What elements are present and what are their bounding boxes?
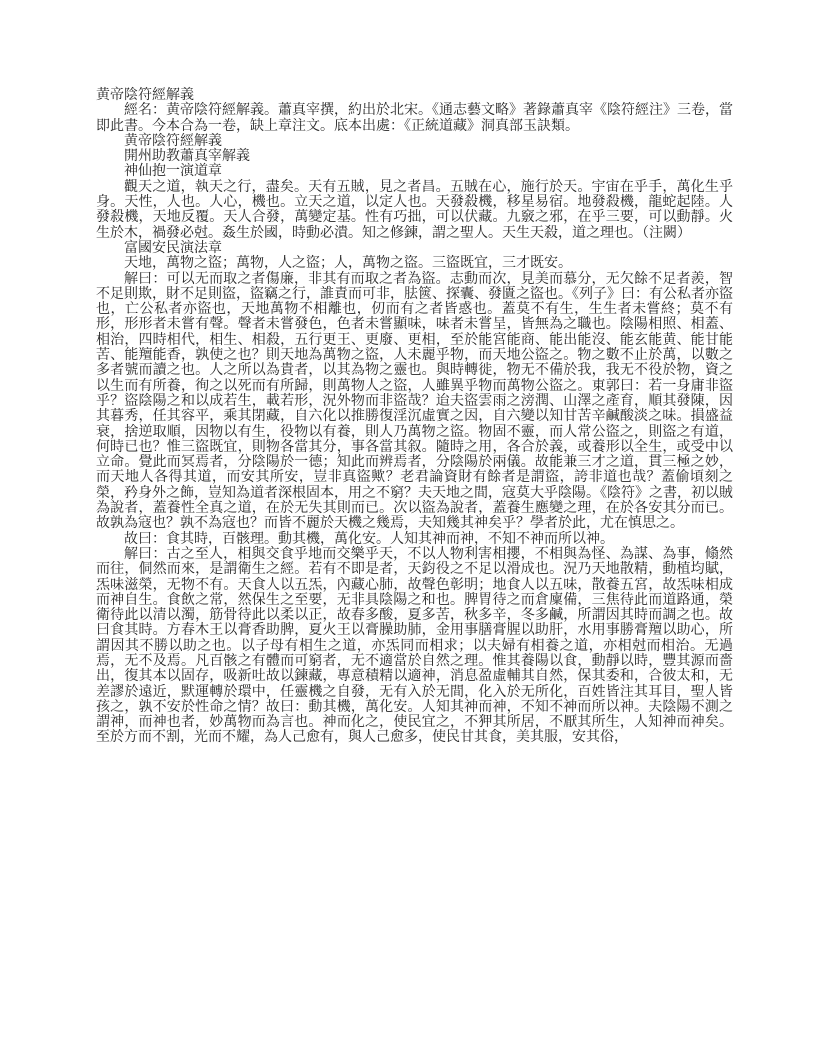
chapter-heading-2: 富國安民演法章 xyxy=(96,241,733,256)
author-line: 開州助教蕭真宰解義 xyxy=(96,149,733,164)
commentary-1: 解曰：可以无而取之者傷廉，非其有而取之者為盜。志動而次，見美而慕分，无欠餘不足者… xyxy=(96,272,733,532)
scripture-text-2: 天地，萬物之盜；萬物，人之盜；人，萬物之盜。三盜既宜，三才既安。 xyxy=(96,256,733,271)
title-repeat: 黄帝陰符經解義 xyxy=(96,134,733,149)
scripture-text-1: 觀天之道，執天之行，盡矣。天有五賊，見之者昌。五賊在心，施行於天。宇宙在乎手，萬… xyxy=(96,180,733,241)
edition-note: 經名：黄帝陰符經解義。蕭真宰撰，約出於北宋。《通志藝文略》著錄蕭真宰《陰符經注》… xyxy=(96,103,733,134)
commentary-2: 解曰：古之至人，相與交食乎地而交樂乎天，不以人物利害相攖，不相與為怪、為謀、為事… xyxy=(96,547,733,746)
chapter-heading-1: 神仙抱一演道章 xyxy=(96,164,733,179)
doc-title: 黄帝陰符經解義 xyxy=(96,88,733,103)
document-page: 黄帝陰符經解義 經名：黄帝陰符經解義。蕭真宰撰，約出於北宋。《通志藝文略》著錄蕭… xyxy=(0,0,816,1056)
text-block: 黄帝陰符經解義 經名：黄帝陰符經解義。蕭真宰撰，約出於北宋。《通志藝文略》著錄蕭… xyxy=(96,88,733,746)
scripture-text-3: 故曰：食其時，百骸理。動其機，萬化安。人知其神而神，不知不神而所以神。 xyxy=(96,532,733,547)
